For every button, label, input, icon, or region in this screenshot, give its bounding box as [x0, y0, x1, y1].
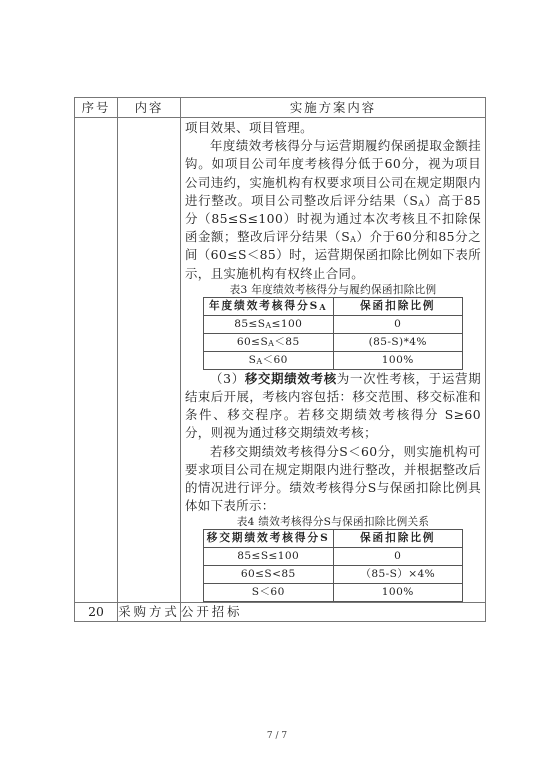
table3-score: SA＜60	[204, 351, 334, 369]
table-row: S＜60 100%	[204, 584, 463, 602]
table3-annual-deduction: 年度绩效考核得分SA 保函扣除比例 85≤SA≤100 0 60≤SA＜85 (…	[203, 297, 463, 370]
row-index-cell: 20	[75, 603, 118, 622]
table3-ratio: (85-S)*4%	[333, 333, 463, 351]
table3-caption: 表3 年度绩效考核得分与履约保函扣除比例	[185, 283, 481, 297]
row-content-cell: 公开招标	[181, 603, 486, 622]
table4-ratio: 100%	[333, 584, 463, 602]
table3-ratio: 100%	[333, 351, 463, 369]
table-row: SA＜60 100%	[204, 351, 463, 369]
table-row: 60≤SA＜85 (85-S)*4%	[204, 333, 463, 351]
table-row: 85≤SA≤100 0	[204, 315, 463, 333]
paragraph-annual-assessment: 年度绩效考核得分与运营期履约保函提取金额挂钩。如项目公司年度考核得分低于60分，…	[185, 137, 481, 283]
table4-score: 60≤S<85	[204, 566, 334, 584]
implementation-plan-table: 序号 内容 实施方案内容 项目效果、项目管理。 年度绩效考核得分与运营期履约保函…	[74, 97, 486, 622]
table-header-row: 序号 内容 实施方案内容	[75, 98, 486, 118]
row-item-cell	[118, 118, 181, 603]
table4-caption: 表4 绩效考核得分S与保函扣除比例关系	[185, 515, 481, 529]
table4-handover-deduction: 移交期绩效考核得分S 保函扣除比例 85≤S≤100 0 60≤S<85 （85…	[203, 529, 463, 602]
header-content: 实施方案内容	[181, 98, 486, 118]
paragraph-project-effect: 项目效果、项目管理。	[185, 119, 481, 137]
table4-header-score: 移交期绩效考核得分S	[204, 530, 334, 548]
row-index-cell	[75, 118, 118, 603]
table3-ratio: 0	[333, 315, 463, 333]
paragraph-handover-assessment: （3）移交期绩效考核为一次性考核，于运营期结束后开展，考核内容包括：移交范围、移…	[185, 370, 481, 443]
row-item-cell: 采购方式	[118, 603, 181, 622]
page-number: 7 / 7	[0, 731, 554, 741]
header-item: 内容	[118, 98, 181, 118]
table4-score: S＜60	[204, 584, 334, 602]
table3-score: 85≤SA≤100	[204, 315, 334, 333]
table4-score: 85≤S≤100	[204, 548, 334, 566]
table4-header-ratio: 保函扣除比例	[333, 530, 463, 548]
table4-header-row: 移交期绩效考核得分S 保函扣除比例	[204, 530, 463, 548]
header-index: 序号	[75, 98, 118, 118]
table3-header-row: 年度绩效考核得分SA 保函扣除比例	[204, 297, 463, 315]
row-content-cell: 项目效果、项目管理。 年度绩效考核得分与运营期履约保函提取金额挂钩。如项目公司年…	[181, 118, 486, 603]
table3-score: 60≤SA＜85	[204, 333, 334, 351]
table-row: 60≤S<85 （85-S）×4%	[204, 566, 463, 584]
table-row-continued: 项目效果、项目管理。 年度绩效考核得分与运营期履约保函提取金额挂钩。如项目公司年…	[75, 118, 486, 603]
table-row: 85≤S≤100 0	[204, 548, 463, 566]
table4-ratio: 0	[333, 548, 463, 566]
document-page: 序号 内容 实施方案内容 项目效果、项目管理。 年度绩效考核得分与运营期履约保函…	[0, 0, 554, 783]
paragraph-handover-rectification: 若移交期绩效考核得分S＜60分，则实施机构可要求项目公司在规定期限内进行整改，并…	[185, 443, 481, 516]
table3-header-ratio: 保函扣除比例	[333, 297, 463, 315]
table3-header-score: 年度绩效考核得分SA	[204, 297, 334, 315]
table4-ratio: （85-S）×4%	[333, 566, 463, 584]
table-row-procurement: 20 采购方式 公开招标	[75, 603, 486, 622]
